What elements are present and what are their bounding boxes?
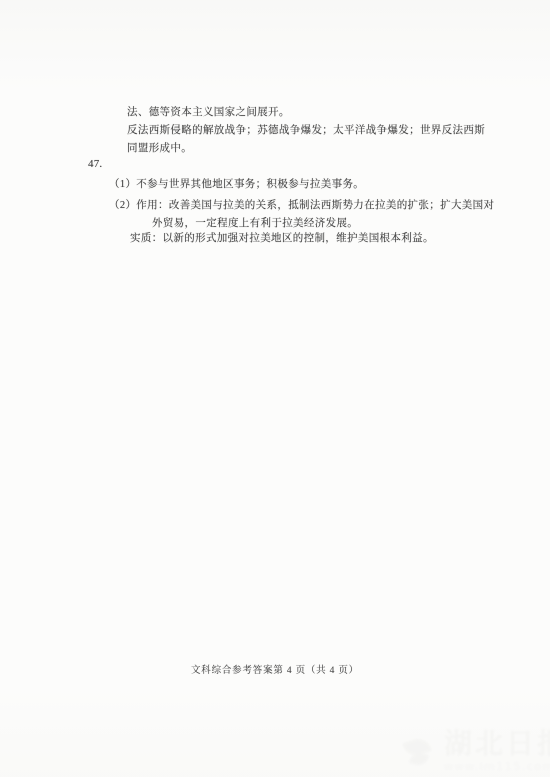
answer-line: 实质：以新的形式加强对拉美地区的控制，维护美国根本利益。: [130, 232, 434, 246]
answer-line: 外贸易，一定程度上有利于拉美经济发展。: [152, 217, 358, 231]
footer-page-label: 文科综合参考答案第 4 页（共 4 页）: [0, 662, 550, 676]
watermark-url: www.lm115.com: [444, 760, 550, 773]
question-number: 47.: [88, 157, 102, 171]
watermark: 湖北日报 www.lm115.com: [402, 730, 550, 773]
answer-line: 反法西斯侵略的解放战争；苏德战争爆发；太平洋战争爆发；世界反法西斯: [127, 124, 485, 138]
watermark-text: 湖北日报: [444, 730, 550, 760]
answer-line: （1）不参与世界其他地区事务；积极参与拉美事务。: [109, 178, 364, 192]
watermark-logo-icon: [402, 735, 436, 769]
answer-sheet-page: 法、德等资本主义国家之间展开。 反法西斯侵略的解放战争；苏德战争爆发；太平洋战争…: [0, 0, 550, 777]
answer-line: 同盟形成中。: [127, 142, 192, 156]
answer-line: （2）作用：改善美国与拉美的关系，抵制法西斯势力在拉美的扩张；扩大美国对: [109, 199, 494, 213]
answer-line: 法、德等资本主义国家之间展开。: [127, 106, 290, 120]
